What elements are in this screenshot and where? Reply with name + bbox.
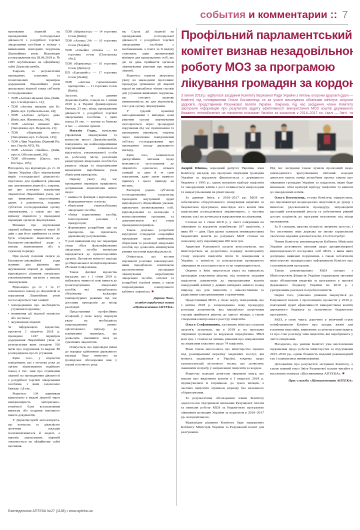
paragraph: Відповідне рішення Комітету буде направл… <box>181 420 264 434</box>
list-item: наявності фахівців з відповідною фармаце… <box>65 196 117 205</box>
list-item: ТОВ «Ліки України» (Кривий Ріг, вул. Гер… <box>8 140 60 149</box>
title-line: лікування громадян за кордоном <box>181 75 353 91</box>
paragraph: Станом на 1 січня 2018 р. у листі очікув… <box>181 220 264 244</box>
article-body-column-2: Під час засідання також лунали пропозиці… <box>270 166 353 500</box>
left-column-2-text: ТОВ «Фармастор» — 14 торгових точок (Киї… <box>65 30 117 367</box>
paragraph: У судовій практиці непоодинокими є випад… <box>122 109 174 153</box>
paragraph: Також фахівці відомства нагадали, що з 1… <box>65 270 117 309</box>
paragraph: Аудитори Рахункової палати констатували,… <box>181 244 264 268</box>
list-item: ТОВ «Вітамін» (Одеса, вул. Пастера, 105)… <box>8 157 60 166</box>
paragraph: За даними Звіту, у 2016–2017 рр. МОЗ не … <box>181 195 264 219</box>
paragraph: Експерти радять суб'єктам господарювання… <box>122 189 174 228</box>
paragraph: Водночас народні депутати звернули увагу… <box>181 371 264 395</box>
list-item: ТОВ «Аптека доброго дня» (Київ, вул. Жил… <box>8 114 60 123</box>
list-item: ТОВ «Фармація плюс» (Запоріжжя, вул. Соб… <box>8 131 60 140</box>
list-item: зберігання термолабільних лікарських зас… <box>65 204 117 213</box>
body-col1-paragraphs: Андрій Шипко, народний депутат України, … <box>181 166 264 435</box>
paragraph: Вона також наголосила, що міністерство п… <box>181 347 264 371</box>
paragraph: Члени Комітету рекомендували Кабінету Мі… <box>270 239 353 268</box>
article-title: Профільний парламентськийкомітет визнав … <box>181 27 353 91</box>
col1-sanctions-list: попередження про необхідність усунення п… <box>8 303 60 325</box>
paragraph: За її словами, щороку кількість звернень… <box>270 225 353 239</box>
paragraph: Наталія Гудзь, начальник управління ліце… <box>65 129 117 177</box>
article-lead-wrap: 3 липня 2018 р. відбулося засідання Комі… <box>181 94 353 114</box>
article-body: Андрій Шипко, народний депутат України, … <box>181 166 353 500</box>
section-title-light: события <box>200 9 245 21</box>
paragraph: Крім того, у відомстві повідомили, що з … <box>8 357 60 392</box>
paragraph: Ольга Стефанишина, заступник міністра ох… <box>181 323 264 347</box>
paragraph: Представники професійних асоціацій, у св… <box>65 310 117 345</box>
section-title-bold: и комментарии <box>249 9 328 21</box>
paragraph: Відповідно до ст. 1 та 17 зазначеного за… <box>8 285 60 302</box>
title-line: комітет визнав незадовільною <box>181 43 353 59</box>
paragraph: Окрім того, ухвалено рішення звернутися … <box>270 293 353 317</box>
page-number: 7 <box>342 9 348 21</box>
col1-bottom-paragraphs: За інформацією відомства, протягом I пів… <box>8 326 60 449</box>
left-column-1: нулювання ліцензій на провадження господ… <box>8 30 60 506</box>
paragraph: При цьому подання скарги до Експертно-ап… <box>8 254 60 284</box>
paragraph: Окремо у Звіті звертається увага на трив… <box>181 269 264 298</box>
left-column-1-text: нулювання ліцензій на провадження господ… <box>8 30 60 449</box>
list-item: зупинення дії ліцензії повністю або част… <box>8 312 60 321</box>
list-item: попередження про необхідність усунення п… <box>8 303 60 312</box>
left-article: нулювання ліцензій на провадження господ… <box>8 30 174 506</box>
signature-line: Прес-служба «Щотижневика АПТЕКА» <box>270 378 353 383</box>
signature-line: оглядач юридичних новин «Щотижневика АПТ… <box>122 301 174 310</box>
column-divider <box>176 28 177 506</box>
page-footer: Еженедельник АПТЕКА №27 (1148) • www.apt… <box>8 509 228 516</box>
separator-rule <box>181 116 353 118</box>
paragraph: Рішення про анулювання ліцензії набирає … <box>8 223 60 253</box>
list-item: ТОВ «Аптека сімейна» (Київ, просп. Оболо… <box>8 148 60 157</box>
paragraph: Також доцільно розробити внутрішні станд… <box>122 228 174 254</box>
paragraph: Під час засідання також лунали пропозиці… <box>270 166 353 195</box>
left-column-3: ня. Строк дії ліцензії на провадження го… <box>122 30 174 506</box>
left-article-signature: Дарина Чиж,оглядач юридичних новин «Щоти… <box>122 297 174 310</box>
article-lead: 3 липня 2018 р. відбулося засідання Комі… <box>181 94 353 114</box>
paragraph: Крім того, залишається дискусійним питан… <box>122 153 174 188</box>
body-col2-paragraphs: Під час засідання також лунали пропозиці… <box>270 166 353 376</box>
col2-paragraphs-2: У разі виявлення під час перевірки ознак… <box>65 240 117 368</box>
title-line: роботу МОЗ за програмою <box>181 59 353 75</box>
paragraph: Також рекомендовано МОЗ спільно з Мініст… <box>270 269 353 293</box>
paragraph: Детальніше про результати засідання Комі… <box>270 362 353 376</box>
section-separator: :: <box>330 9 337 21</box>
left-column-2: ТОВ «Фармастор» — 14 торгових точок (Киї… <box>65 30 117 506</box>
paragraph: За результатами обговорення члени Коміте… <box>181 396 264 420</box>
paragraph: Водночас юристи звертають увагу на закон… <box>122 74 174 109</box>
section-header: события и комментарии :: 7 <box>200 9 348 21</box>
paragraph: У Держлікслужбі наголошують, що контроль… <box>8 418 60 448</box>
paragraph: Окрему увагу під час проведення перевіро… <box>65 178 117 195</box>
main-article-signature: Прес-служба «Щотижневика АПТЕКА» <box>270 378 353 383</box>
col1-mid-paragraphs: Нагадаємо, що відповідно до ст. 16 Закон… <box>8 166 60 302</box>
end-mark: ■ <box>151 290 153 294</box>
left-column-3-text: ня. Строк дії ліцензії на провадження го… <box>122 30 174 310</box>
list-item: ТОВ «Фармастор» — 14 торгових точок (Киї… <box>65 30 117 39</box>
article-body-column-1: Андрій Шипко, народний депутат України, … <box>181 166 264 500</box>
list-item: ТОВ «Фармленд» — 10 торгових точок (Дніп… <box>65 62 117 71</box>
paragraph: У разі виявлення під час перевірки ознак… <box>65 240 117 270</box>
paragraph: Водночас 134 заявникам відмовлено у вида… <box>8 392 60 418</box>
paragraph: Ольга Богомолець, голова Комітету, підкр… <box>270 195 353 224</box>
list-item: обліку наркотичних засобів, психотропних… <box>65 213 117 226</box>
col2-pharmacy-list: ТОВ «Фармастор» — 14 торгових точок (Киї… <box>65 30 117 93</box>
col2-paragraphs: Загалом, за даними Держлікслужби, станом… <box>65 94 117 195</box>
col1-pharmacy-list: ТОВ «Аптека низьких цін» (Київ, вул. Саг… <box>8 96 60 166</box>
list-item: ТОВ «Аптека низьких цін» (Київ, вул. Саг… <box>8 96 60 105</box>
paragraph: Андрій Шипко, народний депутат України, … <box>181 166 264 195</box>
paragraph: Зокрема, за результатами проведених план… <box>8 70 60 96</box>
paragraph: нулювання ліцензій на провадження господ… <box>8 30 60 69</box>
list-item: анулювання ліцензії. <box>8 321 60 325</box>
paragraph: МОЗ, у свою чергу, доручено у місячний с… <box>270 318 353 342</box>
col1-top-paragraphs: нулювання ліцензій на провадження господ… <box>8 30 60 96</box>
paragraph: Очікується, що восени парламент розгляне… <box>122 255 174 295</box>
col2-requirements-list: наявності фахівців з відповідною фармаце… <box>65 196 117 240</box>
title-line: Профільний парламентський <box>181 27 353 43</box>
list-item: ТОВ «Аптека 24» — 10 торгових точок (Хар… <box>65 39 117 48</box>
main-article: Профільний парламентськийкомітет визнав … <box>181 27 353 500</box>
committee-meeting-photo <box>181 120 353 163</box>
list-item: ТОВ «Аптека гормональних препаратів» — 1… <box>65 80 117 93</box>
paragraph: За інформацією відомства, протягом I пів… <box>8 326 60 356</box>
footer-issue-line: Еженедельник АПТЕКА №27 (1148) • www.apt… <box>8 509 228 514</box>
list-item: ТОВ «Аптека низьких цін К» (Київ, вул. С… <box>8 105 60 114</box>
col3-paragraphs: ня. Строк дії ліцензії на провадження го… <box>122 30 174 295</box>
article-body-column-2-text: Під час засідання також лунали пропозиці… <box>270 166 353 383</box>
list-item: ПП «Едельвейс» — 17 торгових точок (Льві… <box>65 71 117 80</box>
paragraph: Представники МОЗ, у свою чергу, повідоми… <box>181 298 264 322</box>
paragraph: Нагадаємо, що відповідно до ст. 16 Закон… <box>8 166 60 223</box>
list-item: ТОВ «Аптека низьких цін» (Запоріжжя, вул… <box>8 122 60 131</box>
list-item: формування роздрібних цін на препарати, … <box>65 226 117 239</box>
end-mark: ■ <box>342 371 344 375</box>
list-item: ТОВ «Сімейна аптека» — 12 торгових точок… <box>65 48 117 61</box>
paragraph: Нагадаємо, що раніше Комітет уже висловл… <box>270 342 353 361</box>
paragraph: ня. Строк дії ліцензії на провадження го… <box>122 30 174 74</box>
header-rule <box>196 24 348 25</box>
paragraph: Очікується, що відповідні зміни до поряд… <box>65 345 117 367</box>
paragraph: Загалом, за даними Держлікслужби, станом… <box>65 94 117 129</box>
article-body-column-1-text: Андрій Шипко, народний депутат України, … <box>181 166 264 435</box>
